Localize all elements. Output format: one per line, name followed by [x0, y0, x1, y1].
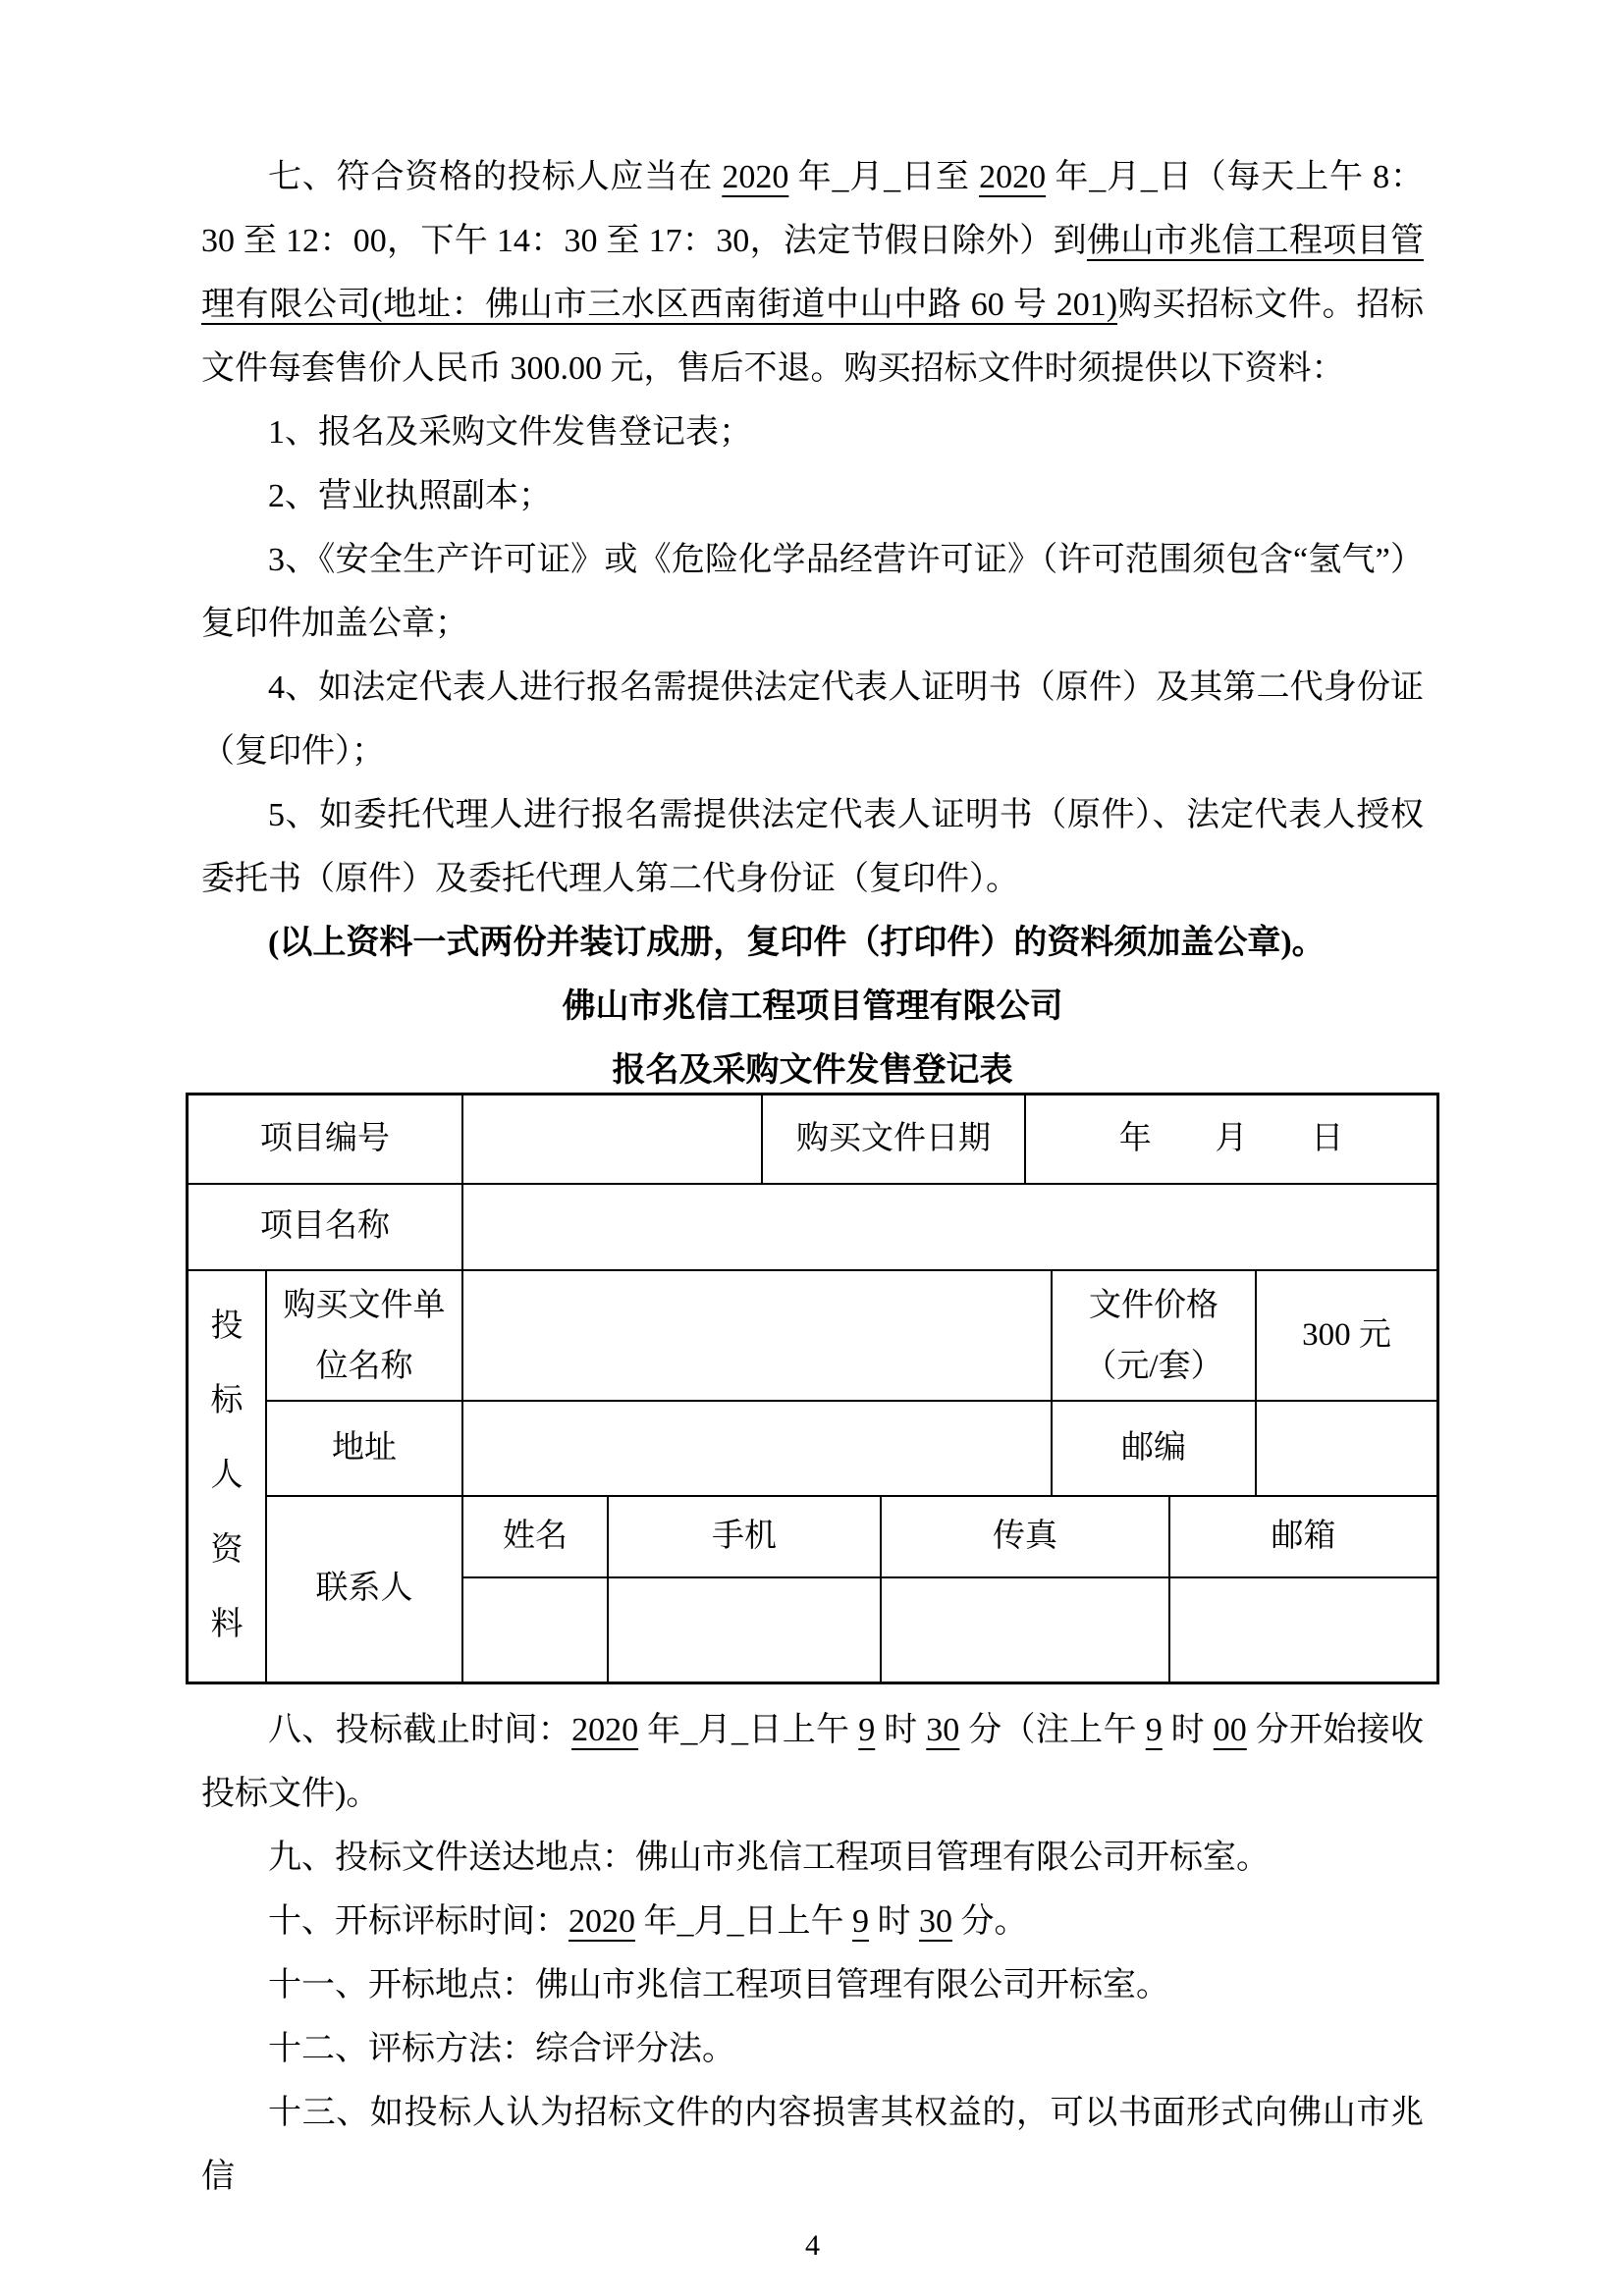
contact-name-header-cell: 姓名	[463, 1497, 609, 1578]
para-eleven: 十一、开标地点：佛山市兆信工程项目管理有限公司开标室。	[201, 1953, 1424, 2017]
registration-form-table: 项目编号 购买文件日期 年 月 日 项目名称 投标人资料	[186, 1093, 1439, 1684]
month-label: 月	[1216, 1120, 1248, 1159]
contact-label-cell: 联系人	[267, 1497, 463, 1682]
para-ten: 十、开标评标时间：2020 年_月_日上午 9 时 30 分。	[201, 1890, 1424, 1953]
postcode-label-cell: 邮编	[1053, 1402, 1257, 1497]
project-no-label-cell: 项目编号	[189, 1095, 463, 1185]
address-label-cell: 地址	[267, 1402, 463, 1497]
contact-fax-value-cell	[882, 1578, 1170, 1682]
materials-note: (以上资料一式两份并装订成册，复印件（打印件）的资料须加盖公章)。	[201, 911, 1424, 975]
contact-email-value-cell	[1170, 1578, 1436, 1682]
page-number: 4	[201, 2226, 1424, 2266]
doc-price-label-line2: （元/套）	[1084, 1336, 1222, 1397]
postcode-value-cell	[1257, 1402, 1436, 1497]
unit-name-label-line2: 位名称	[316, 1336, 413, 1397]
page-content: 七、符合资格的投标人应当在 2020 年_月_日至 2020 年_月_日（每天上…	[0, 0, 1624, 2266]
year-label: 年	[1119, 1120, 1152, 1159]
para-eight: 八、投标截止时间：2020 年_月_日上午 9 时 30 分（注上午 9 时 0…	[201, 1698, 1424, 1826]
unit-name-value-cell	[463, 1271, 1053, 1402]
doc-price-value-cell: 300 元	[1257, 1271, 1436, 1402]
bidder-info-vertical-label: 投标人资料	[189, 1271, 267, 1682]
purchase-date-value-cell: 年 月 日	[1026, 1095, 1436, 1185]
para-nine: 九、投标文件送达地点：佛山市兆信工程项目管理有限公司开标室。	[201, 1826, 1424, 1890]
table-row-contact: 联系人 姓名 手机 传真 邮箱	[267, 1497, 1436, 1682]
contact-fax-header-cell: 传真	[882, 1497, 1170, 1578]
contact-mobile-value-cell	[609, 1578, 882, 1682]
project-no-value-cell	[463, 1095, 763, 1185]
para-thirteen: 十三、如投标人认为招标文件的内容损害其权益的，可以书面形式向佛山市兆信	[201, 2081, 1424, 2209]
bidder-info-vertical-text: 投标人资料	[210, 1290, 244, 1662]
list-item-2: 2、营业执照副本；	[201, 464, 1424, 528]
company-heading: 佛山市兆信工程项目管理有限公司	[201, 975, 1424, 1039]
table-row-unit-name: 购买文件单 位名称 文件价格 （元/套） 300 元	[267, 1271, 1436, 1402]
unit-name-label-line1: 购买文件单	[284, 1275, 446, 1336]
bidder-info-rows: 购买文件单 位名称 文件价格 （元/套） 300 元 地址	[267, 1271, 1436, 1682]
doc-price-label-cell: 文件价格 （元/套）	[1053, 1271, 1257, 1402]
contact-columns: 姓名 手机 传真 邮箱	[463, 1497, 1436, 1682]
project-name-value-cell	[463, 1185, 1436, 1271]
document-page: 七、符合资格的投标人应当在 2020 年_月_日至 2020 年_月_日（每天上…	[0, 0, 1624, 2296]
table-row-project-no: 项目编号 购买文件日期 年 月 日	[189, 1095, 1436, 1185]
para-seven: 七、符合资格的投标人应当在 2020 年_月_日至 2020 年_月_日（每天上…	[201, 145, 1424, 400]
contact-mobile-header-cell: 手机	[609, 1497, 882, 1578]
contact-name-value-cell	[463, 1578, 609, 1682]
table-row-project-name: 项目名称	[189, 1185, 1436, 1271]
day-label: 日	[1311, 1120, 1343, 1159]
list-item-3: 3、《安全生产许可证》或《危险化学品经营许可证》（许可范围须包含“氢气”）复印件…	[201, 528, 1424, 656]
table-row-address: 地址 邮编	[267, 1402, 1436, 1497]
contact-value-row	[463, 1578, 1436, 1682]
project-name-label-cell: 项目名称	[189, 1185, 463, 1271]
list-item-1: 1、报名及采购文件发售登记表；	[201, 400, 1424, 464]
contact-email-header-cell: 邮箱	[1170, 1497, 1436, 1578]
list-item-4: 4、如法定代表人进行报名需提供法定代表人证明书（原件）及其第二代身份证（复印件）…	[201, 656, 1424, 783]
para-twelve: 十二、评标方法：综合评分法。	[201, 2017, 1424, 2081]
unit-name-label-cell: 购买文件单 位名称	[267, 1271, 463, 1402]
purchase-date-label-cell: 购买文件日期	[763, 1095, 1026, 1185]
doc-price-label-line1: 文件价格	[1089, 1275, 1218, 1336]
address-value-cell	[463, 1402, 1053, 1497]
contact-header-row: 姓名 手机 传真 邮箱	[463, 1497, 1436, 1578]
list-item-5: 5、如委托代理人进行报名需提供法定代表人证明书（原件）、法定代表人授权委托书（原…	[201, 783, 1424, 911]
bidder-info-group: 投标人资料 购买文件单 位名称 文件价格 （元/套）	[189, 1271, 1436, 1682]
